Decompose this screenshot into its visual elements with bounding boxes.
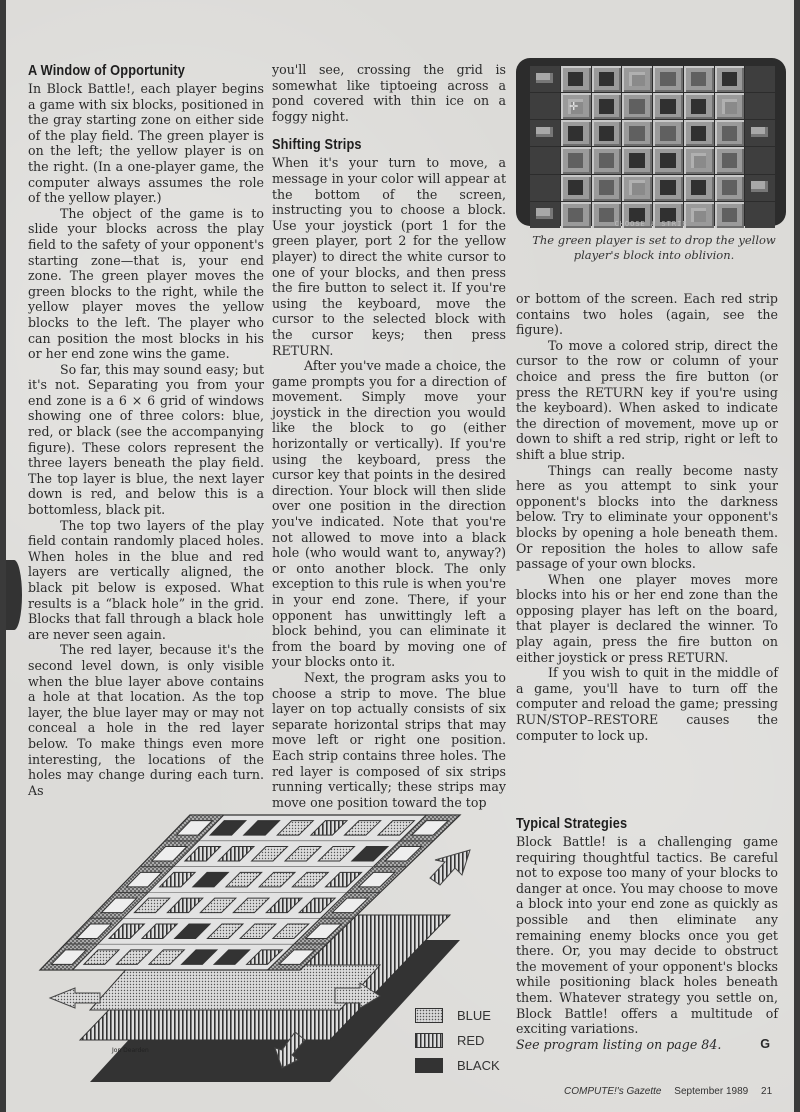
grid-window: [561, 120, 591, 146]
end-zone-cell: [745, 66, 775, 92]
page-edge-right: [794, 0, 800, 1112]
grid-window: [653, 147, 683, 173]
grid-window: [592, 175, 622, 201]
player-block: [745, 175, 775, 201]
cursor-cell: ✛: [561, 93, 591, 119]
grid-window: [684, 93, 714, 119]
paragraph: After you've made a choice, the game pro…: [272, 358, 506, 670]
issue-date: September 1989: [674, 1086, 748, 1097]
player-block: [745, 120, 775, 146]
legend-item-red: RED: [415, 1028, 500, 1053]
illustrator-credit: Jon Dearden: [111, 1047, 149, 1054]
cursor-icon: ✛: [569, 100, 578, 113]
grid-window: [592, 147, 622, 173]
grid-window: [592, 93, 622, 119]
grid-window: [622, 66, 652, 92]
player-block: [530, 66, 560, 92]
grid-window: [684, 175, 714, 201]
grid-window: [561, 66, 591, 92]
column-2: you'll see, crossing the grid is somewha…: [272, 62, 506, 810]
magazine-name: COMPUTE!'s Gazette: [564, 1086, 662, 1097]
column-1: A Window of Opportunity In Block Battle!…: [28, 62, 264, 798]
paragraph: To move a colored strip, direct the curs…: [516, 338, 778, 463]
column-3-strategies: Typical Strategies Block Battle! is a ch…: [516, 815, 778, 1052]
end-zone-cell: [745, 93, 775, 119]
paragraph: Things can really become nasty here as y…: [516, 463, 778, 572]
paragraph-continued: or bottom of the screen. Each red strip …: [516, 291, 778, 338]
legend-item-blue: BLUE: [415, 1003, 500, 1028]
program-listing-note: See program listing on page 84.: [516, 1037, 721, 1052]
game-status-text: CHOOSE A STRIP: [516, 220, 786, 228]
page-footer: COMPUTE!'s Gazette September 1989 21: [564, 1086, 772, 1097]
grid-window: [592, 120, 622, 146]
end-zone-cell: [530, 93, 560, 119]
grid-window: [715, 66, 745, 92]
arrow-left-icon: [50, 988, 100, 1008]
end-zone-cell: [530, 147, 560, 173]
paragraph: Block Battle! is a challenging game requ…: [516, 834, 778, 1037]
screenshot-caption: The green player is set to drop the yell…: [526, 233, 782, 263]
end-mark: G: [760, 1037, 770, 1053]
diagram-legend: BLUE RED BLACK: [415, 1003, 500, 1078]
paragraph: The object of the game is to slide your …: [28, 206, 264, 362]
block-icon: [751, 127, 768, 137]
player-block: [530, 120, 560, 146]
grid-window: [622, 120, 652, 146]
paragraph: The red layer, because it's the second l…: [28, 642, 264, 798]
grid-window: [653, 120, 683, 146]
legend-item-black: BLACK: [415, 1053, 500, 1078]
blue-swatch-icon: [415, 1008, 443, 1023]
black-swatch-icon: [415, 1058, 443, 1073]
grid-window: [561, 147, 591, 173]
section-heading-window: A Window of Opportunity: [28, 62, 229, 79]
grid-window: [684, 120, 714, 146]
paragraph: When one player moves more blocks into h…: [516, 572, 778, 666]
column-3: or bottom of the screen. Each red strip …: [516, 291, 778, 743]
page-number: 21: [761, 1086, 772, 1097]
paragraph: Next, the program asks you to choose a s…: [272, 670, 506, 810]
block-icon: [751, 181, 768, 191]
block-icon: [536, 73, 553, 83]
paragraph: In Block Battle!, each player begins a g…: [28, 81, 264, 206]
arrow-up-right-icon: [430, 850, 470, 885]
block-icon: [536, 208, 553, 218]
paragraph: When it's your turn to move, a message i…: [272, 155, 506, 358]
grid-window: [715, 120, 745, 146]
grid-window: [684, 66, 714, 92]
grid-window: [622, 93, 652, 119]
grid-window: [592, 66, 622, 92]
paragraph-continued: you'll see, crossing the grid is somewha…: [272, 62, 506, 124]
grid-window: [622, 175, 652, 201]
section-heading-shifting-strips: Shifting Strips: [272, 136, 471, 153]
grid-window: [561, 175, 591, 201]
red-swatch-icon: [415, 1033, 443, 1048]
paragraph: So far, this may sound easy; but it's no…: [28, 362, 264, 518]
grid-window: [653, 93, 683, 119]
grid-window: [715, 147, 745, 173]
grid-window: [684, 147, 714, 173]
block-icon: [536, 127, 553, 137]
game-screenshot: ✛ CHOOSE A STRIP: [516, 58, 786, 226]
paragraph: If you wish to quit in the middle of a g…: [516, 665, 778, 743]
end-zone-cell: [530, 175, 560, 201]
end-zone-cell: [745, 147, 775, 173]
game-board-grid: ✛: [530, 66, 775, 228]
grid-window: [715, 93, 745, 119]
listing-note-line: See program listing on page 84. G: [516, 1037, 778, 1053]
grid-window: [653, 66, 683, 92]
grid-window: [715, 175, 745, 201]
page-tear: [6, 560, 22, 630]
grid-window: [653, 175, 683, 201]
grid-window: [622, 147, 652, 173]
section-heading-typical-strategies: Typical Strategies: [516, 815, 739, 832]
paragraph: The top two layers of the play field con…: [28, 518, 264, 643]
